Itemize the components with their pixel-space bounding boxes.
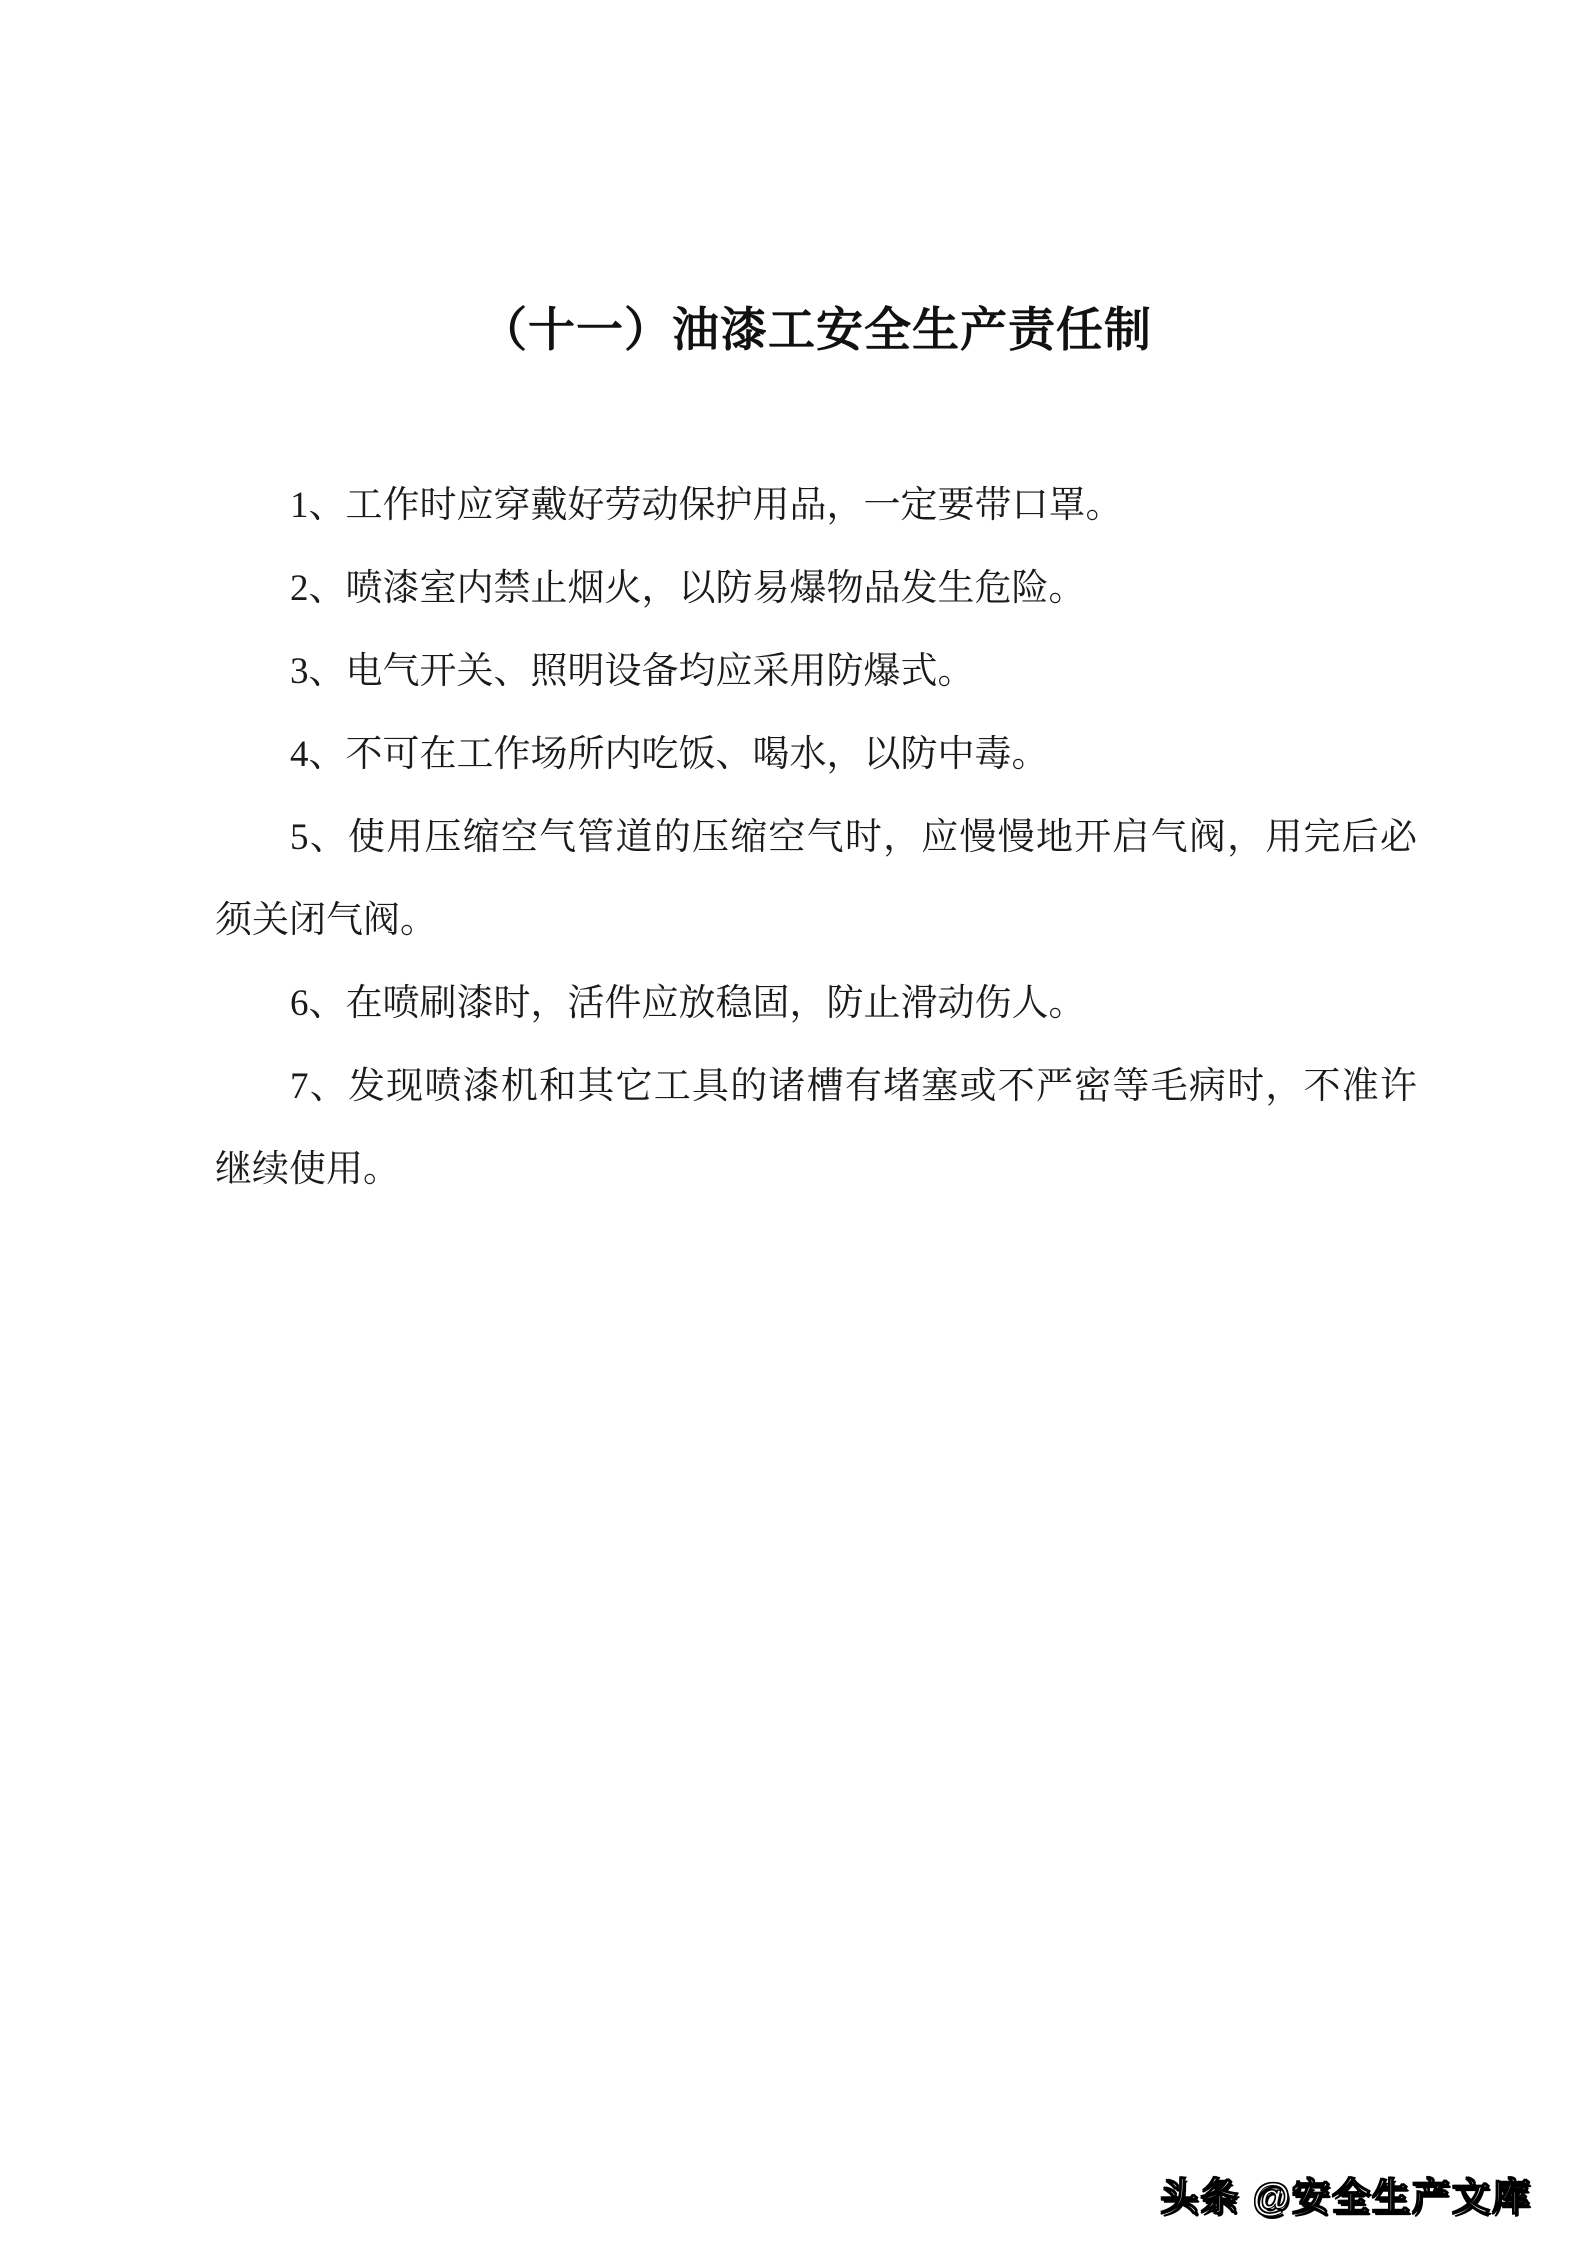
page-title: （十一）油漆工安全生产责任制: [215, 0, 1417, 360]
watermark: 头条 @安全生产文库: [1160, 2179, 1532, 2217]
list-item-7: 7、发现喷漆机和其它工具的诸槽有堵塞或不严密等毛病时，不准许继续使用。: [215, 1045, 1417, 1211]
list-item-1: 1、工作时应穿戴好劳动保护用品，一定要带口罩。: [215, 464, 1417, 547]
list-item-4: 4、不可在工作场所内吃饭、喝水，以防中毒。: [215, 713, 1417, 796]
list-item-3: 3、电气开关、照明设备均应采用防爆式。: [215, 630, 1417, 713]
list-item-2: 2、喷漆室内禁止烟火，以防易爆物品发生危险。: [215, 547, 1417, 630]
list-item-5: 5、使用压缩空气管道的压缩空气时，应慢慢地开启气阀，用完后必须关闭气阀。: [215, 796, 1417, 962]
document-body: 1、工作时应穿戴好劳动保护用品，一定要带口罩。 2、喷漆室内禁止烟火，以防易爆物…: [215, 464, 1417, 1211]
document-page: （十一）油漆工安全生产责任制 1、工作时应穿戴好劳动保护用品，一定要带口罩。 2…: [0, 0, 1587, 2245]
list-item-6: 6、在喷刷漆时，活件应放稳固，防止滑动伤人。: [215, 962, 1417, 1045]
